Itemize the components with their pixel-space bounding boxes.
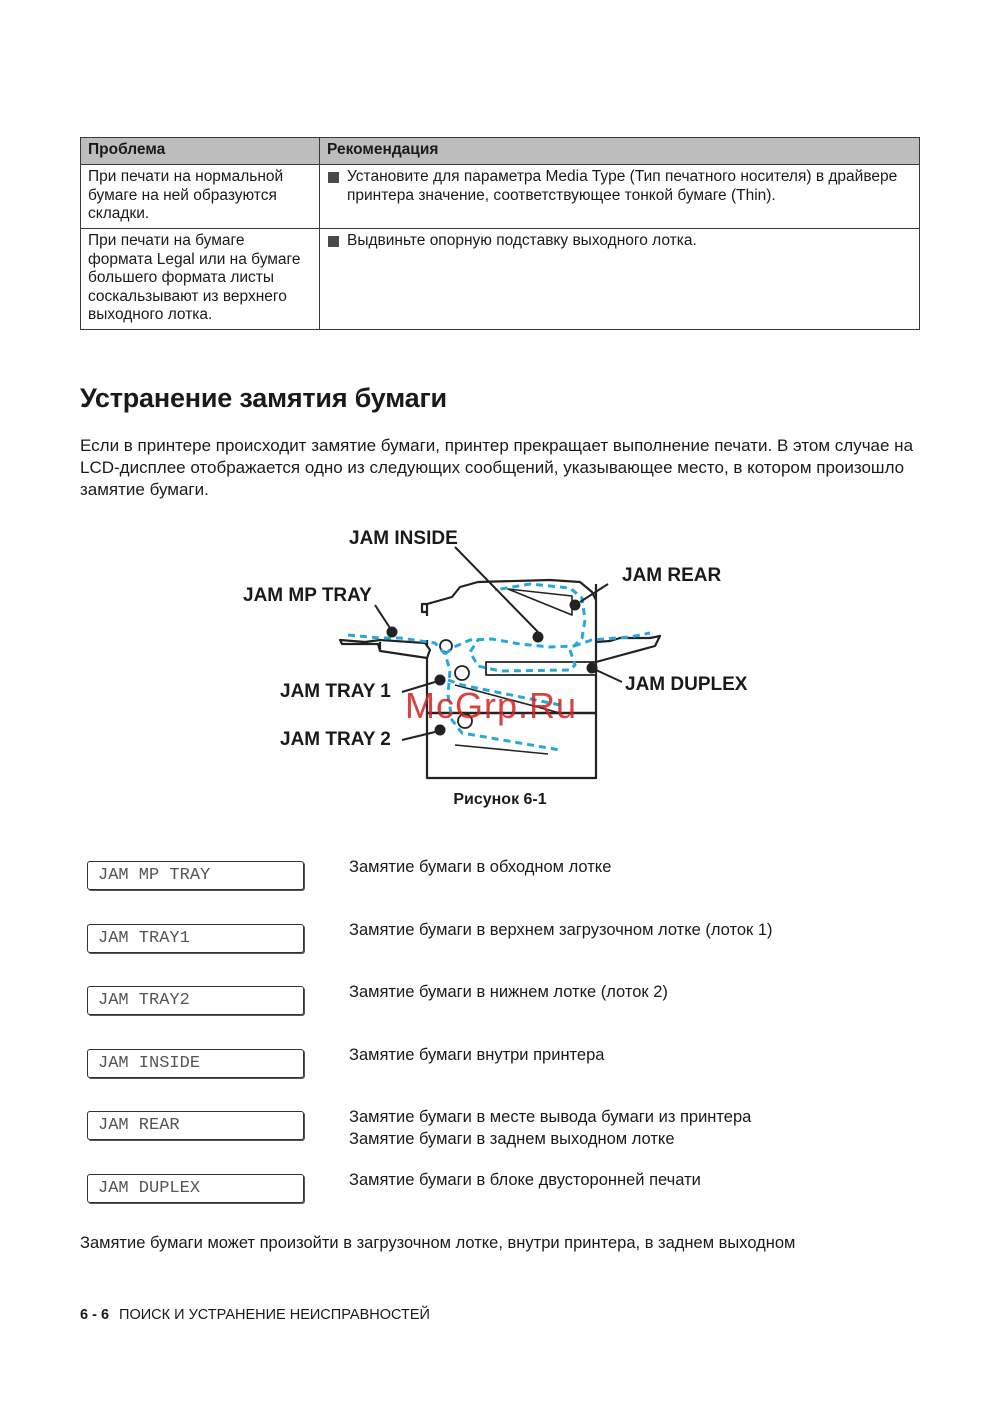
- message-description: Замятие бумаги в месте вывода бумаги из …: [349, 1107, 751, 1150]
- list-item: JAM DUPLEX Замятие бумаги в блоке двусто…: [87, 1174, 947, 1214]
- chapter-title: ПОИСК И УСТРАНЕНИЕ НЕИСПРАВНОСТЕЙ: [119, 1307, 430, 1323]
- list-item: JAM INSIDE Замятие бумаги внутри принтер…: [87, 1049, 947, 1089]
- closing-paragraph: Замятие бумаги может произойти в загрузо…: [80, 1234, 795, 1253]
- list-item: JAM REAR Замятие бумаги в месте вывода б…: [87, 1111, 947, 1151]
- lcd-message: JAM MP TRAY: [87, 861, 304, 890]
- message-description: Замятие бумаги в нижнем лотке (лоток 2): [349, 982, 668, 1004]
- lcd-message: JAM TRAY2: [87, 986, 304, 1015]
- page-number: 6 - 6: [80, 1307, 109, 1323]
- problem-cell: При печати на бумаге формата Legal или н…: [81, 229, 320, 330]
- callout-jam-duplex: JAM DUPLEX: [625, 674, 747, 696]
- column-header-recommendation: Рекомендация: [320, 138, 920, 165]
- callout-jam-tray2: JAM TRAY 2: [280, 729, 391, 751]
- watermark: McGrp.Ru: [405, 685, 577, 727]
- lcd-message: JAM TRAY1: [87, 924, 304, 953]
- printer-jam-diagram: JAM INSIDE JAM REAR JAM MP TRAY JAM TRAY…: [230, 520, 770, 780]
- callout-jam-rear: JAM REAR: [622, 565, 721, 587]
- message-description: Замятие бумаги внутри принтера: [349, 1045, 604, 1067]
- lcd-message: JAM REAR: [87, 1111, 304, 1140]
- callout-jam-tray1: JAM TRAY 1: [280, 681, 391, 703]
- figure-caption: Рисунок 6-1: [0, 791, 1000, 809]
- message-description: Замятие бумаги в блоке двусторонней печа…: [349, 1170, 701, 1192]
- list-item: JAM TRAY2 Замятие бумаги в нижнем лотке …: [87, 986, 947, 1026]
- section-title: Устранение замятия бумаги: [80, 383, 447, 414]
- recommendation-text: Установите для параметра Media Type (Тип…: [347, 168, 912, 205]
- message-description-line: Замятие бумаги в заднем выходном лотке: [349, 1129, 751, 1151]
- troubleshooting-table: Проблема Рекомендация При печати на норм…: [80, 137, 920, 330]
- callout-jam-mp-tray: JAM MP TRAY: [243, 585, 372, 607]
- table-row: При печати на нормальной бумаге на ней о…: [81, 165, 920, 229]
- callout-jam-inside: JAM INSIDE: [349, 528, 458, 550]
- message-description: Замятие бумаги в верхнем загрузочном лот…: [349, 920, 773, 942]
- recommendation-text: Выдвиньте опорную подставку выходного ло…: [347, 232, 697, 251]
- lcd-message: JAM DUPLEX: [87, 1174, 304, 1203]
- square-bullet-icon: [328, 172, 339, 183]
- message-description-line: Замятие бумаги в месте вывода бумаги из …: [349, 1107, 751, 1129]
- message-description: Замятие бумаги в обходном лотке: [349, 857, 611, 879]
- section-intro: Если в принтере происходит замятие бумаг…: [80, 435, 940, 501]
- recommendation-cell: Установите для параметра Media Type (Тип…: [320, 165, 920, 229]
- page-footer: 6 - 6 ПОИСК И УСТРАНЕНИЕ НЕИСПРАВНОСТЕЙ: [80, 1307, 430, 1323]
- lcd-message: JAM INSIDE: [87, 1049, 304, 1078]
- problem-cell: При печати на нормальной бумаге на ней о…: [81, 165, 320, 229]
- column-header-problem: Проблема: [81, 138, 320, 165]
- square-bullet-icon: [328, 236, 339, 247]
- table-header-row: Проблема Рекомендация: [81, 138, 920, 165]
- table-row: При печати на бумаге формата Legal или н…: [81, 229, 920, 330]
- list-item: JAM TRAY1 Замятие бумаги в верхнем загру…: [87, 924, 947, 964]
- list-item: JAM MP TRAY Замятие бумаги в обходном ло…: [87, 861, 947, 901]
- recommendation-cell: Выдвиньте опорную подставку выходного ло…: [320, 229, 920, 330]
